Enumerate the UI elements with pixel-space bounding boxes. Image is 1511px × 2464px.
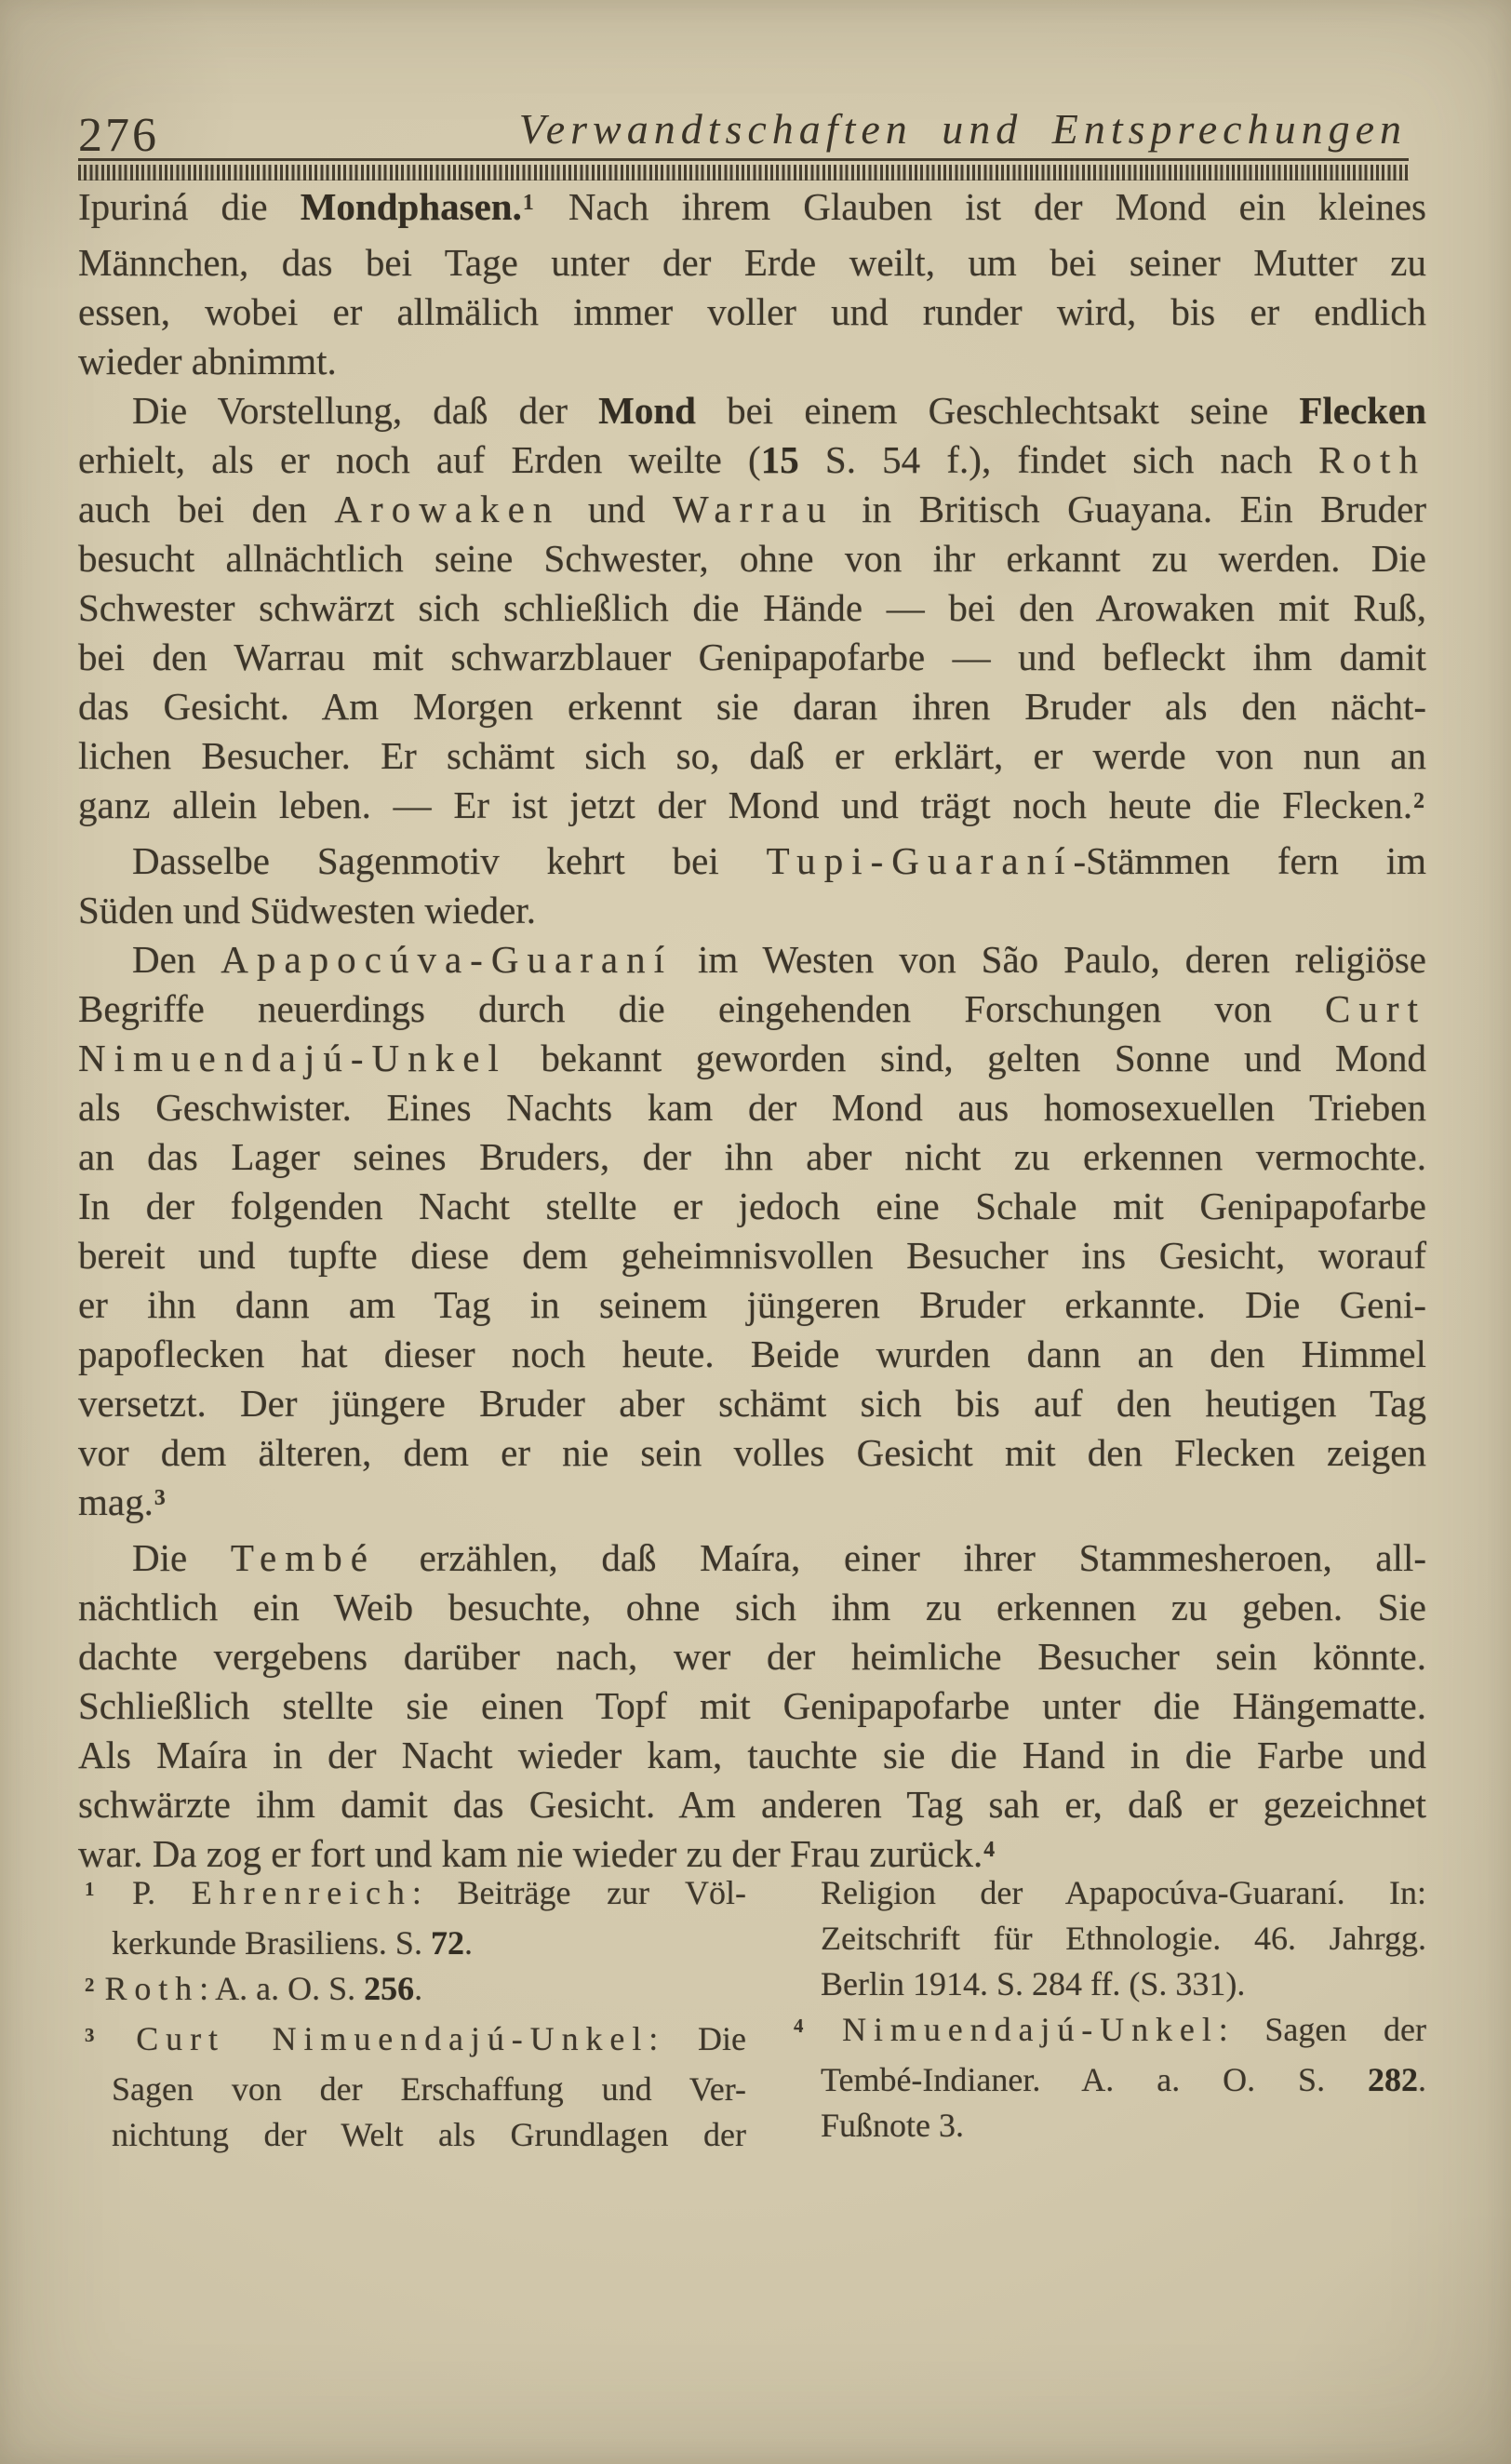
text-segment: 256 xyxy=(364,1970,414,2007)
text-segment: kerkunde Brasiliens. S. xyxy=(112,1924,431,1962)
text-segment: nichtung der Welt als Grundlagen der xyxy=(112,2116,746,2153)
text-segment: . xyxy=(1418,2061,1426,2098)
text-segment: . xyxy=(464,1924,473,1962)
text-segment: Als Maíra in der Nacht wieder kam, tauch… xyxy=(78,1734,1426,1776)
text-segment: Nimuendajú-Unkel xyxy=(842,2011,1219,2048)
text-line: Die Tembé erzählen, daß Maíra, einer ihr… xyxy=(78,1533,1426,1583)
text-line: nichtung der Welt als Grundlagen der xyxy=(84,2112,746,2158)
text-segment: Ipuriná die xyxy=(78,185,301,228)
text-line: auch bei den Arowaken und Warrau in Brit… xyxy=(78,485,1426,534)
text-line: Die Vorstellung, daß der Mond bei einem … xyxy=(78,386,1426,435)
footnote-marker: 4 xyxy=(983,1838,995,1862)
text-segment: Schließlich stellte sie einen Topf mit G… xyxy=(78,1684,1426,1727)
text-segment: Nach ihrem Glauben ist der Mond ein klei… xyxy=(536,185,1426,228)
text-segment: -Stämmen fern im xyxy=(1074,839,1427,882)
text-line: an das Lager seines Bruders, der ihn abe… xyxy=(78,1132,1426,1182)
text-segment: mag. xyxy=(78,1480,154,1523)
text-line: ganz allein leben. — Er ist jetzt der Mo… xyxy=(78,781,1426,837)
text-segment: 282 xyxy=(1368,2061,1418,2098)
text-segment: Nimuendajú-Unkel xyxy=(78,1037,507,1079)
text-segment: Ehrenreich xyxy=(192,1874,412,1911)
footnote-marker: 1 xyxy=(85,1878,94,1900)
text-line: Nimuendajú-Unkel bekannt geworden sind, … xyxy=(78,1034,1426,1083)
text-segment: Zeitschrift für Ethnologie. 46. Jahrgg. xyxy=(821,1920,1426,1957)
text-line: Berlin 1914. S. 284 ff. (S. 331). xyxy=(793,1962,1426,2007)
text-segment: papoflecken hat dieser noch heute. Beide… xyxy=(78,1332,1426,1375)
text-line: vor dem älteren, dem er nie sein volles … xyxy=(78,1428,1426,1478)
footnote-marker: 1 xyxy=(523,191,534,215)
text-segment: essen, wobei er allmälich immer voller u… xyxy=(78,290,1426,333)
text-line: mag.3 xyxy=(78,1478,1426,1533)
footnote-marker: 3 xyxy=(154,1486,166,1510)
text-segment: im Westen von São Paulo, deren religiöse xyxy=(673,938,1426,981)
text-line: Dasselbe Sagenmotiv kehrt bei Tupi-Guara… xyxy=(78,837,1426,886)
text-line: 2 Roth: A. a. O. S. 256. xyxy=(84,1966,746,2016)
text-segment: 15 xyxy=(761,438,799,481)
text-segment: Mondphasen. xyxy=(301,185,522,228)
footnote-marker: 2 xyxy=(85,1974,94,1996)
text-segment: bei den Warrau mit schwarzblauer Genipap… xyxy=(78,636,1426,678)
text-line: 1 P. Ehrenreich: Beiträge zur Völ- xyxy=(84,1870,746,1921)
text-segment: : A. a. O. S. xyxy=(199,1970,364,2007)
page-number: 276 xyxy=(78,108,159,163)
text-segment: Fußnote 3. xyxy=(821,2107,964,2144)
text-segment: Religion der Apapocúva-Guaraní. In: xyxy=(821,1874,1426,1911)
text-line: Tembé-Indianer. A. a. O. S. 282. xyxy=(793,2057,1426,2103)
text-segment: bei einem Geschlechtsakt seine xyxy=(696,389,1299,432)
text-segment: in Britisch Guayana. Ein Bruder xyxy=(835,488,1426,530)
text-segment: Warrau xyxy=(673,488,835,530)
text-segment: Sagen von der Erschaffung und Ver- xyxy=(112,2070,746,2108)
text-line: Religion der Apapocúva-Guaraní. In: xyxy=(793,1870,1426,1916)
text-line: essen, wobei er allmälich immer voller u… xyxy=(78,288,1426,337)
book-page-scan: 276 Verwandtschaften und Entsprechungen … xyxy=(0,0,1511,2464)
text-line: schwärzte ihm damit das Gesicht. Am ande… xyxy=(78,1780,1426,1829)
header-rule-ticks xyxy=(78,165,1409,181)
text-segment: wieder abnimmt. xyxy=(78,340,337,382)
text-line: In der folgenden Nacht stellte er jedoch… xyxy=(78,1182,1426,1231)
text-line: bei den Warrau mit schwarzblauer Genipap… xyxy=(78,633,1426,682)
text-line: versetzt. Der jüngere Bruder aber schämt… xyxy=(78,1379,1426,1428)
text-segment: Tupi-Guaraní xyxy=(767,839,1074,882)
text-segment: Begriffe neuerdings durch die eingehende… xyxy=(78,987,1325,1030)
text-line: lichen Besucher. Er schämt sich so, daß … xyxy=(78,731,1426,781)
text-line: bereit und tupfte diese dem geheimnisvol… xyxy=(78,1231,1426,1280)
text-segment: Den xyxy=(132,938,221,981)
text-segment: : Die xyxy=(649,2020,746,2057)
text-segment: das Gesicht. Am Morgen erkennt sie daran… xyxy=(78,685,1426,728)
text-segment: lichen Besucher. Er schämt sich so, daß … xyxy=(78,734,1426,777)
text-segment: Tembé-Indianer. A. a. O. S. xyxy=(821,2061,1368,2098)
text-line: er ihn dann am Tag in seinem jüngeren Br… xyxy=(78,1280,1426,1330)
text-segment xyxy=(96,2020,136,2057)
text-line: Süden und Südwesten wieder. xyxy=(78,886,1426,935)
running-title: Verwandtschaften und Entsprechungen xyxy=(519,104,1407,154)
text-line: als Geschwister. Eines Nachts kam der Mo… xyxy=(78,1083,1426,1132)
text-segment: Roth xyxy=(104,1970,199,2007)
text-segment: Dasselbe Sagenmotiv kehrt bei xyxy=(132,839,767,882)
body-text: Ipuriná die Mondphasen.1 Nach ihrem Glau… xyxy=(78,182,1426,1885)
text-segment: Roth xyxy=(1318,438,1426,481)
text-segment xyxy=(805,2011,842,2048)
text-segment: Die Vorstellung, daß der xyxy=(132,389,598,432)
text-line: 3 Curt Nimuendajú-Unkel: Die xyxy=(84,2016,746,2067)
text-segment: als Geschwister. Eines Nachts kam der Mo… xyxy=(78,1086,1426,1129)
text-segment: Männchen, das bei Tage unter der Erde we… xyxy=(78,241,1426,284)
text-segment: Schwester schwärzt sich schließlich die … xyxy=(78,586,1426,629)
text-line: Zeitschrift für Ethnologie. 46. Jahrgg. xyxy=(793,1916,1426,1962)
text-line: Sagen von der Erschaffung und Ver- xyxy=(84,2067,746,2112)
text-line: papoflecken hat dieser noch heute. Beide… xyxy=(78,1330,1426,1379)
text-line: kerkunde Brasiliens. S. 72. xyxy=(84,1921,746,1966)
text-line: Männchen, das bei Tage unter der Erde we… xyxy=(78,238,1426,288)
text-segment: Flecken xyxy=(1299,389,1426,432)
text-segment: Arowaken xyxy=(334,488,560,530)
text-line: dachte vergebens darüber nach, wer der h… xyxy=(78,1632,1426,1681)
text-segment: Curt Nimuendajú-Unkel xyxy=(136,2020,649,2057)
text-line: 4 Nimuendajú-Unkel: Sagen der xyxy=(793,2007,1426,2057)
text-line: besucht allnächtlich seine Schwester, oh… xyxy=(78,534,1426,583)
text-segment: Apapocúva-Guaraní xyxy=(221,938,673,981)
text-line: nächtlich ein Weib besuchte, ohne sich i… xyxy=(78,1583,1426,1632)
text-line: das Gesicht. Am Morgen erkennt sie daran… xyxy=(78,682,1426,731)
text-segment: : Beiträge zur Völ- xyxy=(412,1874,746,1911)
footnote-marker: 2 xyxy=(1413,789,1424,813)
text-segment: : Sagen der xyxy=(1219,2011,1426,2048)
text-segment: In der folgenden Nacht stellte er jedoch… xyxy=(78,1185,1426,1227)
footnote-column-right: Religion der Apapocúva-Guaraní. In:Zeits… xyxy=(793,1870,1426,2149)
header-rule xyxy=(78,158,1409,182)
text-line: Schwester schwärzt sich schließlich die … xyxy=(78,583,1426,633)
text-segment: er ihn dann am Tag in seinem jüngeren Br… xyxy=(78,1283,1426,1326)
text-line: Schließlich stellte sie einen Topf mit G… xyxy=(78,1681,1426,1731)
text-segment: bekannt geworden sind, gelten Sonne und … xyxy=(507,1037,1426,1079)
text-segment: 72 xyxy=(431,1924,464,1962)
text-segment: P. xyxy=(96,1874,191,1911)
footnote-marker: 4 xyxy=(794,2015,803,2037)
text-segment: Curt xyxy=(1325,987,1426,1030)
text-segment: erhielt, als er noch auf Erden weilte ( xyxy=(78,438,761,481)
text-segment: Mond xyxy=(598,389,696,432)
text-segment: erzählen, daß Maíra, einer ihrer Stammes… xyxy=(376,1536,1426,1579)
text-line: Ipuriná die Mondphasen.1 Nach ihrem Glau… xyxy=(78,182,1426,238)
text-line: Fußnote 3. xyxy=(793,2103,1426,2149)
text-segment: schwärzte ihm damit das Gesicht. Am ande… xyxy=(78,1783,1426,1826)
text-line: erhielt, als er noch auf Erden weilte (1… xyxy=(78,435,1426,485)
text-segment: S. 54 f.), findet sich nach xyxy=(799,438,1318,481)
footnote-column-left: 1 P. Ehrenreich: Beiträge zur Völ-kerkun… xyxy=(84,1870,746,2158)
text-segment: bereit und tupfte diese dem geheimnisvol… xyxy=(78,1234,1426,1277)
text-segment: an das Lager seines Bruders, der ihn abe… xyxy=(78,1135,1426,1178)
text-segment: nächtlich ein Weib besuchte, ohne sich i… xyxy=(78,1586,1426,1628)
text-segment: ganz allein leben. — Er ist jetzt der Mo… xyxy=(78,783,1412,826)
text-segment: vor dem älteren, dem er nie sein volles … xyxy=(78,1431,1426,1474)
text-segment: besucht allnächtlich seine Schwester, oh… xyxy=(78,537,1426,580)
text-segment: Süden und Südwesten wieder. xyxy=(78,889,536,931)
text-segment: Berlin 1914. S. 284 ff. (S. 331). xyxy=(821,1965,1245,2002)
text-segment: dachte vergebens darüber nach, wer der h… xyxy=(78,1635,1426,1678)
text-segment: Tembé xyxy=(231,1536,376,1579)
text-line: Als Maíra in der Nacht wieder kam, tauch… xyxy=(78,1731,1426,1780)
text-segment: auch bei den xyxy=(78,488,334,530)
text-segment: war. Da zog er fort und kam nie wieder z… xyxy=(78,1832,983,1875)
text-segment: versetzt. Der jüngere Bruder aber schämt… xyxy=(78,1382,1426,1425)
text-segment: und xyxy=(560,488,673,530)
text-line: Den Apapocúva-Guaraní im Westen von São … xyxy=(78,935,1426,984)
text-segment: Die xyxy=(132,1536,231,1579)
text-segment: . xyxy=(414,1970,422,2007)
text-line: wieder abnimmt. xyxy=(78,337,1426,386)
footnote-marker: 3 xyxy=(85,2024,94,2046)
text-line: Begriffe neuerdings durch die eingehende… xyxy=(78,984,1426,1034)
